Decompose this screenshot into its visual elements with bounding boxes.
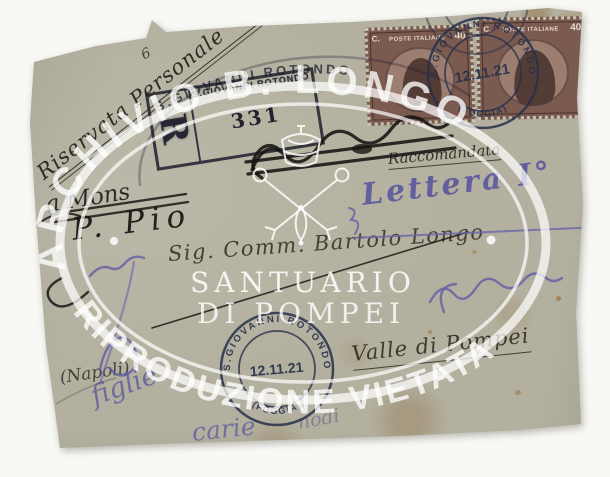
postage-stamp-right: C. POSTE ITALIANE 40: [476, 16, 590, 120]
registration-number: 331: [194, 96, 318, 139]
watermark-di-pompei-text: DI POMPEI: [197, 297, 405, 330]
rust-spot: [556, 296, 561, 301]
king-portrait-silhouette: [514, 50, 555, 107]
watermark-dot-right: [487, 236, 496, 245]
pin-hole: [45, 45, 51, 51]
address-line: Sig. Comm. Bartolo Longo: [167, 220, 485, 266]
stamp-country: POSTE ITALIANE: [389, 35, 445, 43]
stamp-value: 40: [570, 22, 581, 33]
carie-violet-note: carie: [190, 411, 256, 446]
stamp-value: 40: [454, 30, 466, 41]
envelope-paper: C. POSTE ITALIANE 40 C. POSTE ITALIANE 4…: [0, 0, 610, 477]
registration-letter: R: [151, 111, 197, 147]
watermark-santuario-text: SANTUARIO: [190, 266, 416, 299]
stamp-country: POSTE ITALIANE: [503, 27, 559, 34]
valle-di-pompei-line: Valle di Pompei: [350, 323, 531, 371]
envelope: C. POSTE ITALIANE 40 C. POSTE ITALIANE 4…: [0, 0, 610, 477]
photo-backdrop: C. POSTE ITALIANE 40 C. POSTE ITALIANE 4…: [0, 0, 610, 477]
postage-stamp-left: C. POSTE ITALIANE 40: [364, 24, 475, 126]
stamp-inscription: C. POSTE ITALIANE 40: [483, 22, 581, 35]
registration-label-body: S.GIOVANNI ROTONDO 331: [190, 71, 322, 161]
stamp-currency: C.: [483, 25, 491, 34]
rust-spot: [515, 390, 521, 395]
faint-pencil-note: nodi: [296, 405, 341, 434]
registration-town: S.GIOVANNI ROTONDO: [190, 71, 312, 100]
king-portrait-silhouette: [401, 57, 442, 113]
postmark-date: 12.11.21: [249, 359, 304, 380]
postmark-town: S.GIOVANNI ROTONDO: [222, 314, 332, 371]
rust-spot: [472, 250, 477, 254]
pen-mark-6: 6: [139, 45, 154, 63]
stamp-currency: C.: [372, 34, 380, 43]
postmark-inner-ring: [239, 331, 315, 407]
